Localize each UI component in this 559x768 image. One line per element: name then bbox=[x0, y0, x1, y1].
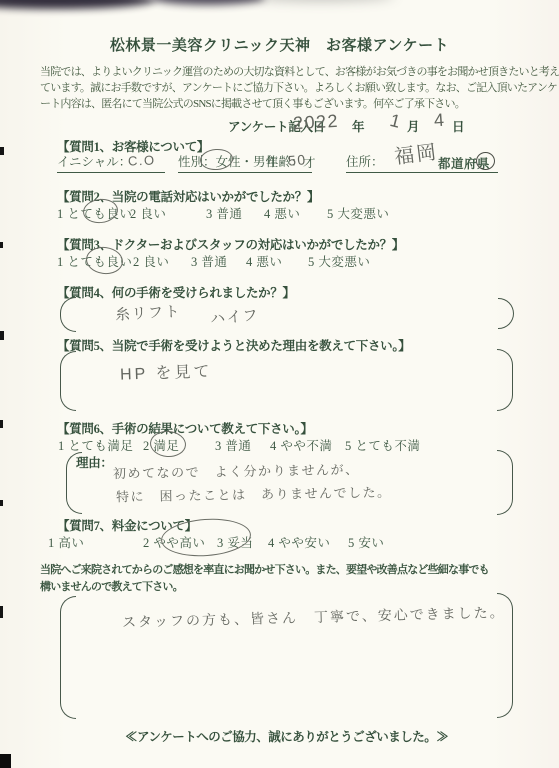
scan-smudge-top-mid bbox=[150, 0, 265, 5]
prefecture-selection-circle bbox=[476, 152, 495, 170]
page-title: 松林景一美容クリニック天神 お客様アンケート bbox=[0, 34, 559, 55]
intro-line: ています。誠にお手数ですが、アンケートにご協力下さい。よろしくお願い致します。な… bbox=[40, 79, 557, 95]
q2-option-2: 2 良い bbox=[130, 204, 166, 222]
q5-right-bracket bbox=[497, 349, 513, 411]
scan-edge-mark bbox=[0, 606, 3, 618]
q5-left-bracket bbox=[60, 351, 76, 411]
intro-line: 当院では、よりよいクリニック運営のための大切な資料として、お客様がお気づきの事を… bbox=[40, 63, 559, 79]
year-unit: 年 bbox=[352, 117, 364, 135]
handwritten-feedback: スタッフの方も、皆さん 丁寧で、安心できました。 bbox=[122, 602, 506, 632]
initial-label: イニシャル： bbox=[57, 155, 131, 169]
q7-option-1: 1 高い bbox=[48, 533, 84, 551]
scan-edge-mark bbox=[0, 242, 3, 248]
q3-option-5: 5 大変悪い bbox=[308, 252, 370, 270]
q6-option-4: 4 やや不満 bbox=[270, 436, 332, 454]
q2-option-5: 5 大変悪い bbox=[327, 204, 389, 222]
feedback-prompt-line: 構いませんので教えて下さい。 bbox=[40, 578, 183, 594]
q4-left-bracket bbox=[60, 297, 76, 332]
handwritten-initial: C.O bbox=[128, 153, 156, 169]
handwritten-result-reason-1: 初めてなので よく分かりませんが、 bbox=[113, 459, 360, 482]
age-unit: 才 bbox=[303, 153, 316, 171]
q3-option-2: 2 良い bbox=[133, 252, 169, 270]
q4-right-bracket bbox=[498, 298, 514, 329]
scan-smudge-top-fade bbox=[245, 0, 395, 1]
q6-heading: 【質問6、手術の結果について教えて下さい。】 bbox=[57, 419, 313, 437]
handwritten-surgery-2: ハイフ bbox=[209, 304, 260, 329]
feedback-left-bracket bbox=[60, 596, 76, 719]
handwritten-surgery-1: 糸リフト bbox=[114, 300, 181, 324]
q6-reason-label: 理由： bbox=[76, 453, 113, 471]
address-label: 住所： bbox=[346, 155, 384, 169]
feedback-prompt-line: 当院へご来院されてからのご感想を率直にお聞かせ下さい。また、要望や改善点など些細… bbox=[40, 561, 489, 577]
q7-option-4: 4 やや安い bbox=[268, 533, 330, 551]
q5-heading: 【質問5、当院で手術を受けようと決めた理由を教えて下さい。】 bbox=[57, 336, 411, 354]
handwritten-address: 福岡 bbox=[392, 135, 439, 169]
scan-corner-black-square bbox=[0, 754, 11, 768]
scan-edge-mark bbox=[0, 420, 3, 428]
handwritten-result-reason-2: 特に 困ったことは ありませんでした。 bbox=[116, 482, 392, 506]
q2-option-4: 4 悪い bbox=[264, 204, 300, 222]
footer-thanks: ≪アンケートへのご協力、誠にありがとうございました。≫ bbox=[125, 727, 448, 745]
q7-option-5: 5 安い bbox=[348, 533, 384, 551]
q3-option-4: 4 悪い bbox=[246, 252, 282, 270]
handwritten-month: 1 bbox=[388, 110, 404, 133]
scan-smudge-top-left bbox=[0, 0, 155, 9]
q6-option-1: 1 とても満足 bbox=[58, 436, 133, 454]
handwritten-reason-visit: HP を見て bbox=[120, 358, 213, 384]
month-unit: 月 bbox=[407, 117, 419, 135]
handwritten-day: 4 bbox=[433, 110, 446, 132]
scan-edge-mark bbox=[0, 147, 4, 155]
scanned-survey-page: 松林景一美容クリニック天神 お客様アンケート 当院では、よりよいクリニック運営の… bbox=[0, 0, 559, 768]
scan-edge-mark bbox=[0, 500, 3, 506]
q2-option-3: 3 普通 bbox=[206, 204, 242, 222]
handwritten-year: 2022 bbox=[292, 111, 339, 134]
q4-heading: 【質問4、何の手術を受けられましたか？】 bbox=[57, 283, 295, 301]
q3-option-3: 3 普通 bbox=[191, 252, 227, 270]
q6-reason-right-bracket bbox=[497, 450, 513, 515]
intro-line: ート内容は、匿名にて当院公式のSNSに掲載させて頂く事もございます。何卒ご了承下… bbox=[40, 95, 465, 111]
day-unit: 日 bbox=[452, 117, 464, 135]
q6-option-3: 3 普通 bbox=[215, 436, 251, 454]
q6-option-5: 5 とても不満 bbox=[345, 436, 420, 454]
scan-edge-mark bbox=[0, 331, 4, 340]
